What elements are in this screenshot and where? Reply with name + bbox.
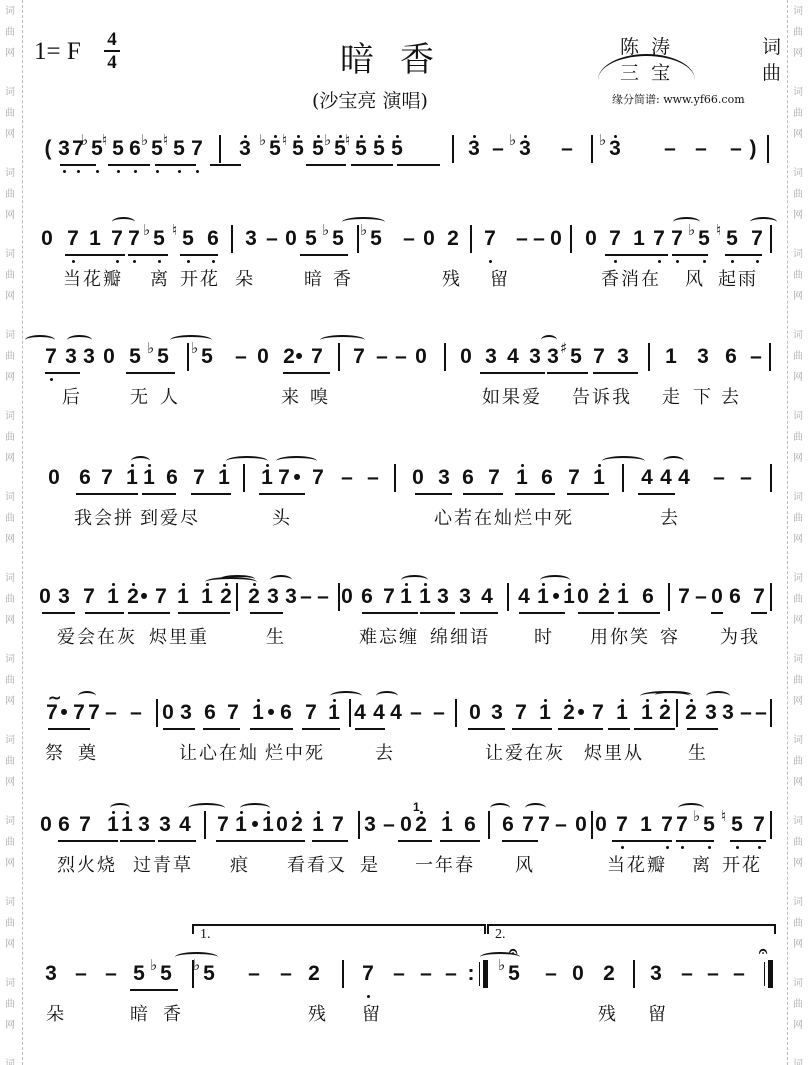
octave-dot-low (134, 170, 137, 173)
slur-arc (525, 803, 546, 813)
octave-dot-low (758, 846, 761, 849)
score-line: 0671167117•7––03671671444––我会拼到爱尽头心若在灿烂中… (0, 466, 810, 526)
octave-dot-low (666, 846, 669, 849)
beam-underline (191, 493, 231, 495)
octave-dot-low (133, 260, 136, 263)
note: 2 (658, 701, 672, 725)
slur-arc (678, 803, 704, 813)
note: 2 (602, 962, 616, 986)
accidental: ♮ (172, 221, 177, 239)
lyric-text: 祭 (45, 739, 65, 765)
lyric-text: 让心在灿 (179, 739, 259, 765)
beam-underline (75, 728, 90, 730)
beam-underline (126, 372, 175, 374)
barline (231, 225, 233, 253)
note: 1 (632, 227, 646, 251)
note: – (694, 137, 708, 161)
beam-underline (312, 840, 348, 842)
note: 7 (66, 227, 80, 251)
slur-arc (376, 691, 398, 701)
octave-dot-low (614, 260, 617, 263)
lyric-text: 人 (160, 383, 180, 409)
note: 3 (458, 585, 472, 609)
note: 0 (594, 813, 608, 837)
slur-arc (663, 456, 684, 466)
note: 6 (360, 585, 374, 609)
watermark-char: 网 (793, 287, 803, 302)
octave-dot-low (156, 170, 159, 173)
barline (769, 343, 771, 371)
barline (342, 960, 344, 988)
note: 4 (677, 466, 691, 490)
watermark-char: 曲 (793, 671, 803, 686)
watermark-char: 网 (5, 44, 15, 59)
note: 3 (437, 466, 451, 490)
octave-dot-high (544, 699, 547, 702)
barline (668, 583, 670, 611)
lyric-text: 去 (660, 504, 680, 530)
beam-underline (180, 254, 218, 256)
lyric-text: 留 (362, 1000, 382, 1026)
octave-dot-high (317, 135, 320, 138)
double-barline (483, 960, 488, 988)
note: 5 (181, 227, 195, 251)
note: 1 (142, 466, 156, 490)
slur-arc (706, 691, 730, 701)
slur-arc (598, 54, 695, 106)
note: 5 (150, 137, 164, 161)
lyric-text: 走 (662, 383, 682, 409)
double-barline (768, 960, 773, 988)
beam-underline (630, 254, 668, 256)
note: – (544, 962, 558, 986)
note: – (554, 813, 568, 837)
octave-dot-low (708, 846, 711, 849)
note: 7 (382, 585, 396, 609)
octave-dot-low (117, 170, 120, 173)
lyric-text: 烈火烧 (57, 851, 117, 877)
octave-dot-low (116, 260, 119, 263)
note: 1 (639, 813, 653, 837)
beam-underline (687, 728, 718, 730)
accidental: ♭ (150, 956, 157, 974)
beam-underline (547, 372, 588, 374)
slur-arc (67, 335, 92, 345)
performer: (沙宝亮 演唱) (312, 86, 428, 113)
note: – (739, 701, 753, 725)
note: – (729, 137, 743, 161)
note: ) (746, 137, 760, 161)
slur-arc (750, 217, 777, 227)
lyric-text: 奠 (78, 739, 98, 765)
watermark-char: 网 (5, 530, 15, 545)
beam-underline (468, 728, 505, 730)
beam-underline (302, 728, 340, 730)
beam-underline (638, 493, 675, 495)
note: 3 (490, 701, 504, 725)
note: – (279, 962, 293, 986)
note: 7 (310, 345, 324, 369)
accidental: ♭ (141, 131, 148, 149)
note: – (532, 227, 546, 251)
note: ( (41, 137, 55, 161)
beam-underline (634, 840, 672, 842)
beam-underline (108, 164, 150, 166)
note: – (712, 466, 726, 490)
note: 2 (307, 962, 321, 986)
watermark-char: 词 (793, 1055, 803, 1065)
beam-underline (590, 728, 603, 730)
note: 5 (200, 345, 214, 369)
slur-arc (276, 456, 317, 466)
note: 6 (165, 466, 179, 490)
beam-underline (505, 372, 545, 374)
lyric-text: 我会拼 (74, 504, 134, 530)
note: 0 (275, 813, 289, 837)
lyric-text: 是 (360, 851, 380, 877)
watermark-char: 词 (793, 407, 803, 422)
note: – (375, 345, 389, 369)
note: 5 (152, 227, 166, 251)
beam-underline (519, 612, 565, 614)
accidental: ♭ (81, 131, 88, 149)
lyric-text: 残 (442, 265, 462, 291)
accidental: ♭ (147, 339, 154, 357)
watermark-char: 网 (793, 530, 803, 545)
note: 5 (132, 962, 146, 986)
note: 3 (546, 345, 560, 369)
note: 3 (528, 345, 542, 369)
note: 4 (480, 585, 494, 609)
beam-underline (88, 254, 125, 256)
barline (452, 135, 454, 163)
note: 7 (521, 813, 535, 837)
slur-arc (673, 217, 700, 227)
lyric-text: 告诉我 (572, 383, 632, 409)
note: 4 (517, 585, 531, 609)
note: – (340, 466, 354, 490)
note: 1 (251, 701, 265, 725)
volta-label: 2. (495, 927, 506, 943)
lyric-text: 当花瓣 (63, 265, 123, 291)
note: • (248, 813, 262, 837)
note: 1 (418, 585, 432, 609)
lyric-text: 暗 (130, 1000, 150, 1026)
note: 7 (352, 345, 366, 369)
lyricist-role: 词 (762, 32, 781, 59)
note: 5 (291, 137, 305, 161)
octave-dot-low (676, 260, 679, 263)
watermark-char: 词 (793, 650, 803, 665)
watermark-char: 词 (5, 407, 15, 422)
beam-underline (306, 164, 346, 166)
watermark-char: 网 (5, 449, 15, 464)
beam-underline (676, 840, 714, 842)
lyric-text: 来 (281, 383, 301, 409)
note: 0 (411, 466, 425, 490)
note: 3 (436, 585, 450, 609)
score-line: 0671133471•102173–0216677–0071775♭5♮71烈火… (0, 813, 810, 873)
note: 1 (311, 813, 325, 837)
note: 2 (219, 585, 233, 609)
lyric-text: 过青草 (133, 851, 193, 877)
note: – (129, 701, 143, 725)
lyric-text: 心若在灿烂中死 (434, 504, 574, 530)
slur-arc (320, 335, 365, 345)
note: 5 (725, 227, 739, 251)
note: 3 (64, 345, 78, 369)
note: 1 (88, 227, 102, 251)
note: – (74, 962, 88, 986)
note: 6 (203, 701, 217, 725)
beam-underline (515, 493, 555, 495)
beam-underline (163, 728, 195, 730)
note: 3 (649, 962, 663, 986)
accidental: ♮ (716, 221, 721, 239)
octave-dot-high (598, 464, 601, 467)
note: : (464, 962, 478, 986)
barline (622, 464, 624, 492)
octave-dot-high (296, 811, 299, 814)
note: 7 (277, 466, 291, 490)
note: 3 (467, 137, 481, 161)
note: – (409, 701, 423, 725)
lyric-text: 去 (721, 383, 741, 409)
slur-arc (25, 335, 55, 345)
beam-underline (275, 840, 305, 842)
watermark-char: 曲 (5, 23, 15, 38)
octave-dot-high (473, 135, 476, 138)
octave-dot-low (178, 170, 181, 173)
note: 7 (154, 585, 168, 609)
mordent-icon: ∼ (48, 687, 61, 711)
lyric-text: 香 (163, 1000, 183, 1026)
key-signature: 1= F (34, 38, 81, 66)
note: – (739, 466, 753, 490)
note: 5 (172, 137, 186, 161)
note: 7 (72, 701, 86, 725)
score-line: 03712•7112233––0671133441•102167–067爱会在灰… (0, 585, 810, 645)
note: 1 (592, 466, 606, 490)
barline (770, 464, 772, 492)
beam-underline (250, 612, 283, 614)
note: 6 (128, 137, 142, 161)
beam-underline (460, 612, 498, 614)
watermark-char: 网 (793, 773, 803, 788)
note: 1 (562, 585, 576, 609)
note: – (265, 227, 279, 251)
accidental: ♭ (322, 221, 329, 239)
note: 3 (721, 701, 735, 725)
note: 7 (190, 137, 204, 161)
note: 3 (158, 813, 172, 837)
note: 2 (597, 585, 611, 609)
note: 1 (234, 813, 248, 837)
note: 5 (354, 137, 368, 161)
note: 5 (390, 137, 404, 161)
watermark-char: 曲 (5, 428, 15, 443)
lyric-text: 留 (490, 265, 510, 291)
note: 0 (340, 585, 354, 609)
lyric-text: 时 (534, 623, 554, 649)
score-line: 071775♭5♮63–055♭5♭–027––0071775♭5♮7当花瓣离开… (0, 227, 810, 287)
note: 4 (389, 701, 403, 725)
note: 6 (57, 813, 71, 837)
octave-dot-low (703, 260, 706, 263)
note: 7 (752, 813, 766, 837)
note: – (560, 137, 574, 161)
beam-underline (730, 840, 766, 842)
note: 0 (102, 345, 116, 369)
note: 1 (176, 585, 190, 609)
note: 6 (501, 813, 515, 837)
barline (455, 699, 457, 727)
score-line: 733055♭5♭–02•77––0034335♯73136–后无人来嗅如果爱告… (0, 345, 810, 405)
note: 5 (369, 227, 383, 251)
octave-dot-low (367, 995, 370, 998)
beam-underline (300, 254, 348, 256)
watermark-char: 词 (5, 569, 15, 584)
lyric-text: 看看又 (287, 851, 347, 877)
note: 7 (592, 345, 606, 369)
watermark-char: 曲 (5, 914, 15, 929)
note: • (574, 701, 588, 725)
note: 1 (125, 466, 139, 490)
watermark-char: 词 (5, 83, 15, 98)
barline (767, 135, 769, 163)
note: 5 (111, 137, 125, 161)
lyric-text: 离 (150, 265, 170, 291)
note: 6 (540, 466, 554, 490)
note: – (299, 585, 313, 609)
octave-dot-low (756, 260, 759, 263)
lyric-text: 下 (693, 383, 713, 409)
beam-underline (725, 254, 762, 256)
note: 7 (100, 466, 114, 490)
octave-dot-high (420, 811, 423, 814)
slur-arc (490, 803, 510, 813)
beam-underline (142, 493, 176, 495)
beam-underline (216, 840, 276, 842)
note: 7 (670, 227, 684, 251)
beam-underline (608, 728, 630, 730)
note: 7 (78, 813, 92, 837)
note: 7 (608, 227, 622, 251)
beam-underline (130, 989, 178, 991)
note: 3 (608, 137, 622, 161)
slur-arc (188, 803, 225, 813)
barline (187, 343, 189, 371)
octave-dot-low (621, 846, 624, 849)
beam-underline (203, 728, 240, 730)
note: 7 (537, 813, 551, 837)
grace-note: 1 (413, 795, 420, 819)
beam-underline (80, 840, 118, 842)
beam-underline (351, 164, 393, 166)
slur-arc (602, 456, 645, 466)
note: 1 (515, 466, 529, 490)
beam-underline (512, 728, 552, 730)
note: 0 (422, 227, 436, 251)
note: 4 (506, 345, 520, 369)
lyric-text: 头 (272, 504, 292, 530)
note: 5 (372, 137, 386, 161)
score-line: 3––55♭5♭––27–––:5♭–023–––1.2.𝄐𝄐朵暗香残留残留 (0, 962, 810, 1022)
lyric-text: 残 (308, 1000, 328, 1026)
note: – (247, 962, 261, 986)
beam-underline (155, 612, 170, 614)
note: 4 (640, 466, 654, 490)
note: – (432, 701, 446, 725)
fermata-icon: 𝄐 (756, 940, 770, 964)
octave-dot-low (658, 260, 661, 263)
note: 7 (487, 466, 501, 490)
note: 1 (260, 466, 274, 490)
octave-dot-high (524, 135, 527, 138)
barline (591, 135, 593, 163)
octave-dot-low (77, 170, 80, 173)
note: – (663, 137, 677, 161)
lyric-text: 当花瓣 (607, 851, 667, 877)
note: 6 (78, 466, 92, 490)
note: – (366, 466, 380, 490)
octave-dot-high (603, 583, 606, 586)
note: 0 (38, 585, 52, 609)
note: 7 (361, 962, 375, 986)
note: 7 (567, 466, 581, 490)
note: 7 (110, 227, 124, 251)
barline (507, 583, 509, 611)
note: 3 (238, 137, 252, 161)
time-denominator: 4 (104, 53, 120, 72)
note: 6 (463, 813, 477, 837)
slur-arc (112, 217, 135, 227)
beam-underline (310, 372, 330, 374)
lyric-text: 香 (333, 265, 353, 291)
note: 0 (256, 345, 270, 369)
beam-underline (618, 612, 660, 614)
note: • (292, 345, 306, 369)
note: 4 (353, 701, 367, 725)
note: 7 (192, 466, 206, 490)
note: • (264, 701, 278, 725)
note: 7 (311, 466, 325, 490)
note: – (316, 585, 330, 609)
accidental: ♭ (324, 131, 331, 149)
slur-arc (240, 803, 270, 813)
lyric-text: 烬里从 (584, 739, 644, 765)
accidental: ♮ (345, 131, 350, 149)
note: 7 (483, 227, 497, 251)
octave-dot-low (63, 170, 66, 173)
accidental: ♮ (163, 131, 168, 149)
watermark-char: 词 (793, 893, 803, 908)
slur-arc (170, 335, 212, 345)
song-title: 暗香 (340, 32, 460, 81)
note: 5 (311, 137, 325, 161)
octave-dot-low (72, 260, 75, 263)
note: 7 (331, 813, 345, 837)
beam-underline (398, 840, 432, 842)
note: 1 (664, 345, 678, 369)
note: 5 (702, 813, 716, 837)
slur-arc (110, 803, 130, 813)
note: 2 (684, 701, 698, 725)
note: – (754, 701, 768, 725)
barline (633, 960, 635, 988)
lyric-text: 残 (598, 1000, 618, 1026)
note: 3 (696, 345, 710, 369)
